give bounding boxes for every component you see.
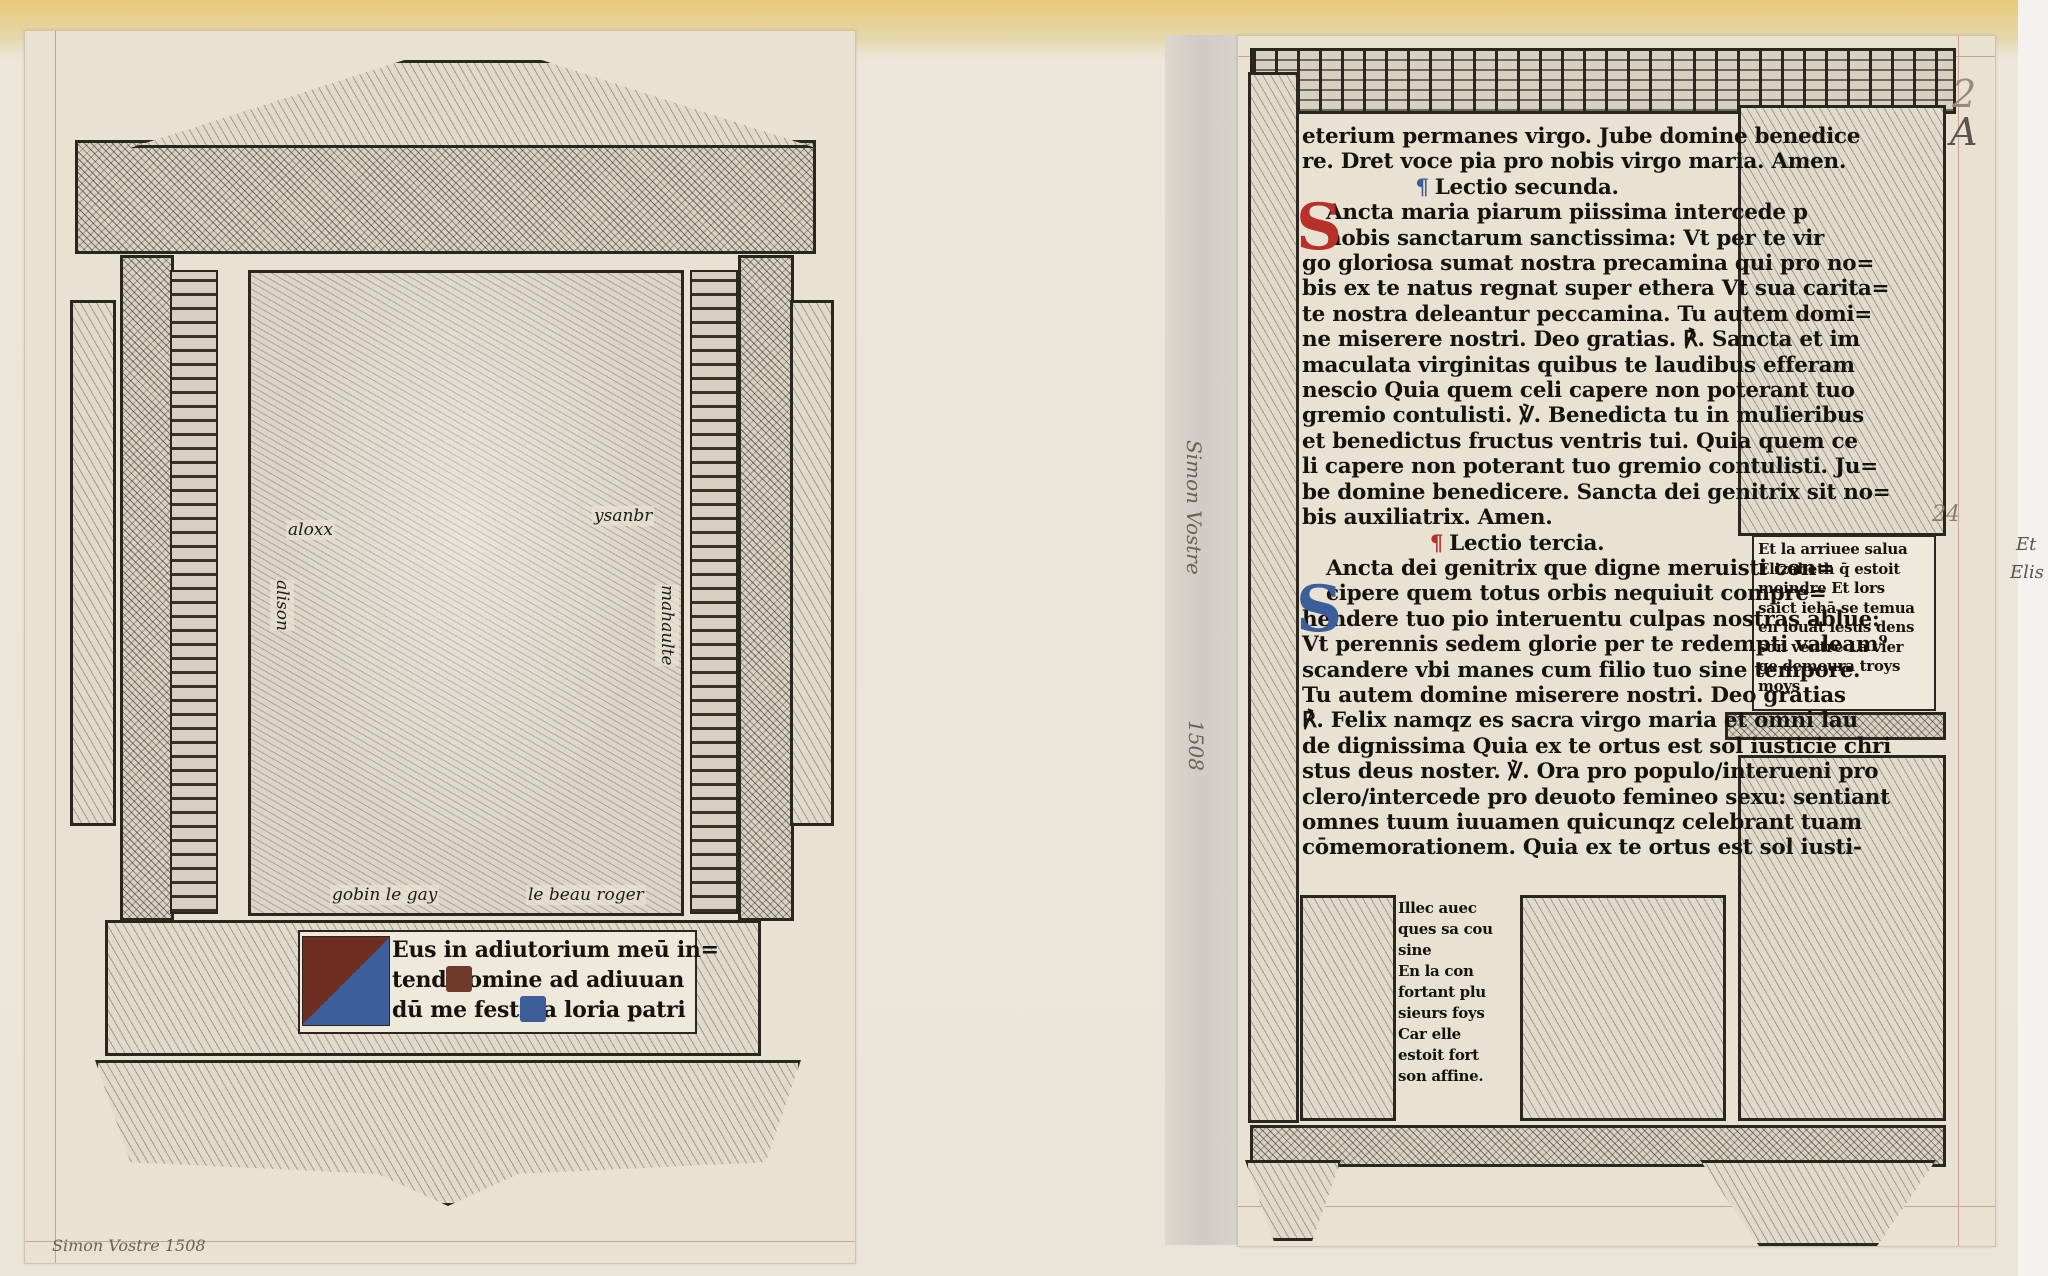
column-right-outer: [738, 255, 794, 921]
left-border-saints: [1248, 72, 1299, 1123]
ruling-line: [1958, 36, 1959, 1246]
figure-label: ysanbr: [592, 506, 654, 526]
heading-lectio-tercia: Lectio tercia.: [1449, 531, 1604, 556]
ruling-line: [55, 31, 56, 1263]
figure-label: alison: [270, 580, 294, 631]
pencil-note-et: Et: [2016, 534, 2036, 555]
figure-label: le beau roger: [526, 885, 646, 905]
pencil-letter-a: A: [1950, 110, 1977, 154]
red-paragraph-mark: ¶: [1430, 531, 1443, 556]
side-ornament-right: [790, 300, 834, 826]
mat-edge: [2018, 0, 2048, 1276]
pencil-note-elis: Elis: [2010, 562, 2044, 583]
lectio-text-block: eterium permanes virgo. Jube domine bene…: [1302, 124, 1732, 861]
figure-label: gobin le gay: [330, 885, 439, 905]
nativity-woodcut: [248, 270, 684, 916]
painted-initial-g: [520, 996, 546, 1022]
column-right-inner: [690, 270, 738, 914]
illec-caption: Illec auec ques sa cou sine En la con fo…: [1398, 898, 1493, 1087]
mounting-strip: [1165, 35, 1237, 1245]
figure-label: mahaulte: [655, 585, 679, 666]
prophet-panel: [1300, 895, 1396, 1121]
column-left-outer: [120, 255, 174, 921]
figure-label: aloxx: [286, 520, 335, 540]
circumcision-panel: [1520, 895, 1726, 1121]
pencil-folio-24: 24: [1932, 502, 1960, 527]
entablature-frieze: [75, 140, 816, 254]
side-ornament-left: [70, 300, 116, 826]
blue-paragraph-mark: ¶: [1415, 175, 1428, 200]
pencil-note-vostre: Simon Vostre: [1182, 440, 1206, 575]
blue-initial-s: S: [1296, 580, 1342, 640]
column-left-inner: [170, 270, 218, 914]
pencil-note-year: 1508: [1184, 720, 1208, 771]
red-initial-s: S: [1296, 198, 1342, 258]
deus-in-adiutorium-text: Eus in adiutorium meū in= tende omine ad…: [330, 935, 680, 1025]
painted-initial-d: [446, 966, 472, 992]
pencil-attribution: Simon Vostre 1508: [52, 1236, 206, 1255]
heading-lectio-secunda: Lectio secunda.: [1435, 175, 1619, 200]
